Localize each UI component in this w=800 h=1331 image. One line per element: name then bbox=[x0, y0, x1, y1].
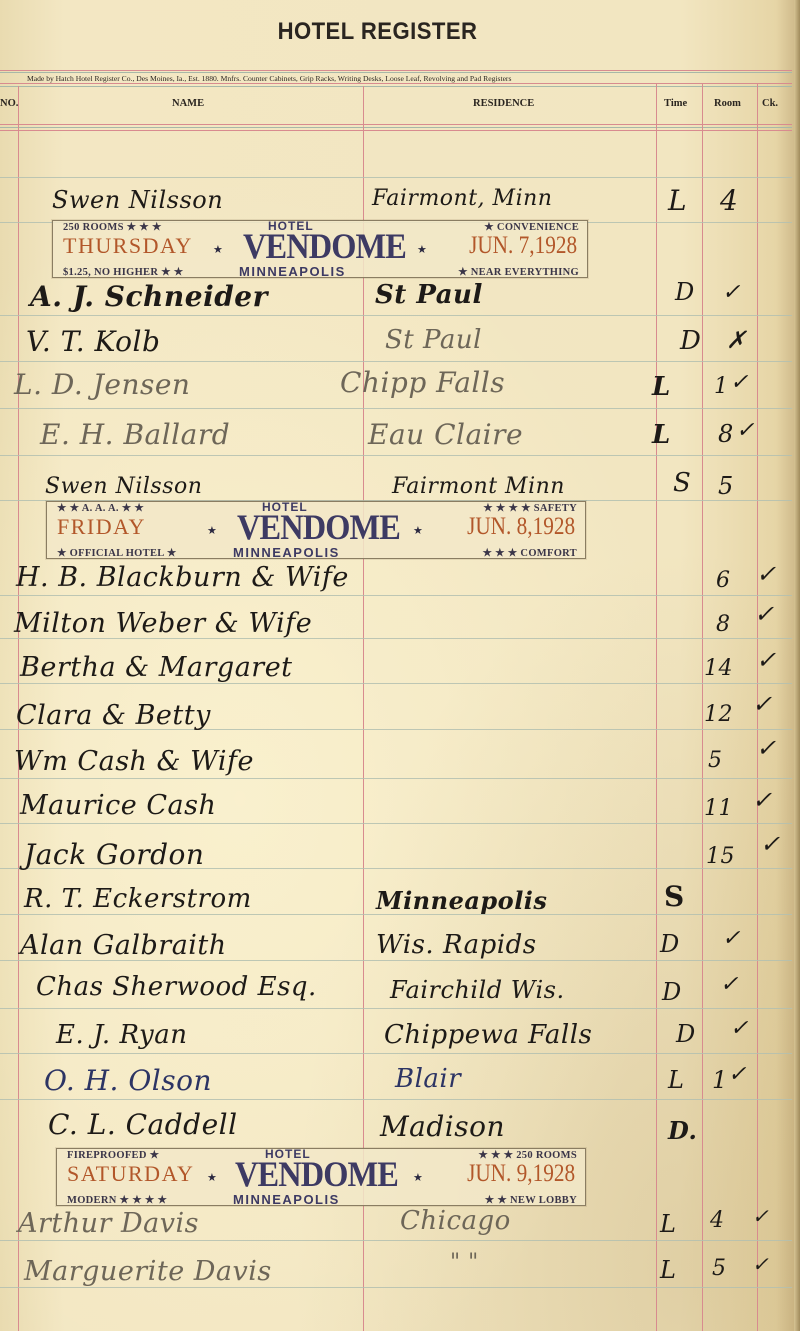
column-header-name: NAME bbox=[172, 98, 204, 109]
entry-ck: ✓ bbox=[756, 646, 777, 674]
entry-ck: ✓ bbox=[736, 418, 755, 443]
ruled-line bbox=[0, 595, 792, 596]
entry-name: Clara & Betty bbox=[16, 700, 211, 731]
entry-time: D bbox=[662, 978, 682, 1006]
entry-room: 15 bbox=[706, 844, 735, 869]
entry-time: L bbox=[652, 420, 671, 450]
entry-residence: Wis. Rapids bbox=[376, 930, 537, 960]
entry-time: L bbox=[652, 372, 671, 402]
entry-ck: ✓ bbox=[722, 280, 741, 305]
entry-residence: Chippewa Falls bbox=[384, 1020, 592, 1050]
entry-name: E. J. Ryan bbox=[56, 1020, 188, 1050]
entry-room: 4 bbox=[710, 1208, 725, 1233]
stamp-date: JUN. 9,1928 bbox=[467, 1160, 575, 1188]
star-icon: ★ bbox=[207, 524, 217, 537]
entry-room: 11 bbox=[704, 796, 733, 821]
entry-residence: Fairmont Minn bbox=[392, 474, 565, 499]
entry-time: L bbox=[660, 1256, 676, 1284]
register-page: HOTEL REGISTER Made by Hatch Hotel Regis… bbox=[0, 0, 800, 1331]
entry-room: 1 bbox=[712, 1066, 728, 1094]
stamp-bottom-left: $1.25, NO HIGHER ★ ★ bbox=[63, 266, 184, 278]
entry-ck: ✓ bbox=[756, 734, 777, 762]
divider bbox=[0, 127, 792, 128]
entry-name: Jack Gordon bbox=[24, 838, 204, 871]
entry-name: Arthur Davis bbox=[18, 1208, 199, 1239]
stamp-city: MINNEAPOLIS bbox=[239, 264, 346, 279]
stamp-bottom-right: ★ ★ ★ COMFORT bbox=[483, 547, 577, 559]
entry-ck: ✓ bbox=[728, 1062, 747, 1087]
entry-room: 4 bbox=[720, 184, 738, 217]
divider bbox=[0, 83, 792, 84]
stamp-brand: VENDOME bbox=[235, 1153, 398, 1195]
entry-name: Bertha & Margaret bbox=[20, 652, 293, 683]
star-icon: ★ bbox=[213, 243, 223, 256]
entry-ck: ✓ bbox=[752, 690, 773, 718]
divider bbox=[0, 130, 792, 131]
ruled-line bbox=[0, 1240, 792, 1241]
entry-residence: Chicago bbox=[400, 1206, 511, 1236]
stamp-brand: VENDOME bbox=[237, 506, 400, 548]
entry-ck: ✓ bbox=[754, 600, 775, 628]
entry-name: Chas Sherwood Esq. bbox=[36, 972, 317, 1002]
column-header-residence: RESIDENCE bbox=[473, 98, 534, 109]
entry-room: 14 bbox=[704, 656, 733, 681]
stamp-bottom-left: MODERN ★ ★ ★ ★ bbox=[67, 1194, 167, 1206]
entry-name: H. B. Blackburn & Wife bbox=[16, 562, 349, 593]
entry-name: Alan Galbraith bbox=[20, 930, 227, 961]
divider bbox=[0, 124, 792, 125]
column-line bbox=[702, 83, 703, 1331]
entry-ck: ✓ bbox=[730, 370, 749, 395]
page-title: HOTEL REGISTER bbox=[30, 18, 725, 46]
entry-name: Milton Weber & Wife bbox=[14, 608, 312, 639]
star-icon: ★ bbox=[417, 243, 427, 256]
ruled-line bbox=[0, 1008, 792, 1009]
entry-room: 5 bbox=[718, 472, 734, 500]
ruled-line bbox=[0, 408, 792, 409]
entry-residence: Eau Claire bbox=[368, 418, 523, 451]
entry-residence: Fairmont, Minn bbox=[372, 186, 552, 211]
entry-room: 12 bbox=[704, 702, 733, 727]
entry-name: L. D. Jensen bbox=[14, 368, 190, 401]
entry-residence: St Paul bbox=[375, 280, 483, 310]
entry-ck: ✗ bbox=[726, 326, 747, 354]
stamp-top-left: 250 ROOMS ★ ★ ★ bbox=[63, 221, 162, 233]
stamp-city: MINNEAPOLIS bbox=[233, 545, 340, 560]
entry-name: V. T. Kolb bbox=[26, 325, 160, 358]
divider bbox=[0, 86, 792, 87]
entry-room: 1 bbox=[714, 374, 729, 399]
entry-ck: ✓ bbox=[730, 1016, 749, 1041]
divider bbox=[0, 72, 792, 73]
stamp-bottom-right: ★ NEAR EVERYTHING bbox=[458, 266, 579, 278]
entry-residence: " " bbox=[450, 1250, 479, 1275]
entry-residence: Madison bbox=[380, 1110, 505, 1143]
entry-name: E. H. Ballard bbox=[40, 418, 230, 451]
entry-residence: Fairchild Wis. bbox=[390, 976, 565, 1004]
stamp-day: THURSDAY bbox=[63, 233, 193, 259]
ruled-line bbox=[0, 177, 792, 178]
entry-name: Wm Cash & Wife bbox=[14, 746, 254, 777]
entry-time: D. bbox=[668, 1116, 697, 1145]
stamp-day: SATURDAY bbox=[67, 1161, 194, 1187]
star-icon: ★ bbox=[207, 1171, 217, 1184]
entry-room: 8 bbox=[716, 612, 731, 637]
entry-ck: ✓ bbox=[752, 1204, 769, 1228]
entry-name: Swen Nilsson bbox=[52, 186, 223, 214]
star-icon: ★ bbox=[413, 524, 423, 537]
entry-time: L bbox=[668, 1066, 684, 1094]
date-stamp-thursday: 250 ROOMS ★ ★ ★ THURSDAY $1.25, NO HIGHE… bbox=[52, 220, 588, 278]
stamp-day: FRIDAY bbox=[57, 514, 146, 540]
column-header-room: Room bbox=[714, 98, 741, 109]
entry-room: 5 bbox=[712, 1256, 727, 1281]
entry-residence: Blair bbox=[395, 1064, 461, 1094]
stamp-top-left: FIREPROOFED ★ bbox=[67, 1149, 159, 1161]
entry-room: 6 bbox=[716, 568, 731, 593]
column-header-time: Time bbox=[664, 98, 687, 109]
entry-time: S bbox=[664, 880, 685, 913]
column-header-ck: Ck. bbox=[762, 98, 778, 109]
column-line bbox=[656, 83, 657, 1331]
stamp-city: MINNEAPOLIS bbox=[233, 1192, 340, 1207]
entry-time: S bbox=[673, 468, 691, 498]
entry-ck: ✓ bbox=[720, 972, 739, 997]
ruled-line bbox=[0, 823, 792, 824]
entry-room: 8 bbox=[718, 420, 734, 448]
maker-line: Made by Hatch Hotel Register Co., Des Mo… bbox=[27, 74, 511, 83]
entry-time: D bbox=[680, 326, 701, 356]
entry-name: A. J. Schneider bbox=[30, 280, 268, 313]
entry-time: D bbox=[660, 930, 680, 958]
entry-name: Swen Nilsson bbox=[45, 474, 202, 499]
entry-ck: ✓ bbox=[756, 560, 777, 588]
ruled-line bbox=[0, 1287, 792, 1288]
stamp-top-left: ★ ★ A. A. A. ★ ★ bbox=[57, 502, 144, 514]
entry-residence: Chipp Falls bbox=[340, 366, 505, 399]
entry-residence: Minneapolis bbox=[376, 886, 547, 915]
stamp-brand: VENDOME bbox=[243, 225, 406, 267]
stamp-date: JUN. 7,1928 bbox=[469, 232, 577, 260]
ruled-line bbox=[0, 455, 792, 456]
entry-residence: St Paul bbox=[385, 325, 482, 355]
column-header-no: NO. bbox=[0, 98, 18, 109]
stamp-bottom-right: ★ ★ NEW LOBBY bbox=[485, 1194, 577, 1206]
entry-name: Marguerite Davis bbox=[24, 1256, 272, 1287]
entry-ck: ✓ bbox=[752, 1252, 769, 1276]
entry-name: Maurice Cash bbox=[20, 790, 216, 821]
entry-time: D bbox=[676, 1020, 696, 1048]
entry-room: 5 bbox=[708, 748, 723, 773]
ruled-line bbox=[0, 361, 792, 362]
stamp-date: JUN. 8,1928 bbox=[467, 513, 575, 541]
ruled-line bbox=[0, 1099, 792, 1100]
date-stamp-friday: ★ ★ A. A. A. ★ ★ FRIDAY ★ OFFICIAL HOTEL… bbox=[46, 501, 586, 559]
entry-time: D bbox=[675, 278, 695, 306]
entry-time: L bbox=[668, 184, 687, 217]
date-stamp-saturday: FIREPROOFED ★ SATURDAY MODERN ★ ★ ★ ★ HO… bbox=[56, 1148, 586, 1206]
stamp-bottom-left: ★ OFFICIAL HOTEL ★ bbox=[57, 547, 177, 559]
entry-ck: ✓ bbox=[760, 830, 781, 858]
entry-ck: ✓ bbox=[722, 926, 741, 951]
entry-name: O. H. Olson bbox=[44, 1064, 212, 1097]
entry-name: C. L. Caddell bbox=[48, 1108, 238, 1141]
entry-time: L bbox=[660, 1210, 676, 1238]
entry-ck: ✓ bbox=[752, 786, 773, 814]
ruled-line bbox=[0, 1053, 792, 1054]
divider bbox=[0, 70, 792, 71]
ruled-line bbox=[0, 683, 792, 684]
star-icon: ★ bbox=[413, 1171, 423, 1184]
ruled-line bbox=[0, 778, 792, 779]
ruled-line bbox=[0, 315, 792, 316]
entry-name: R. T. Eckerstrom bbox=[24, 884, 252, 914]
binding-edge bbox=[794, 0, 800, 1331]
